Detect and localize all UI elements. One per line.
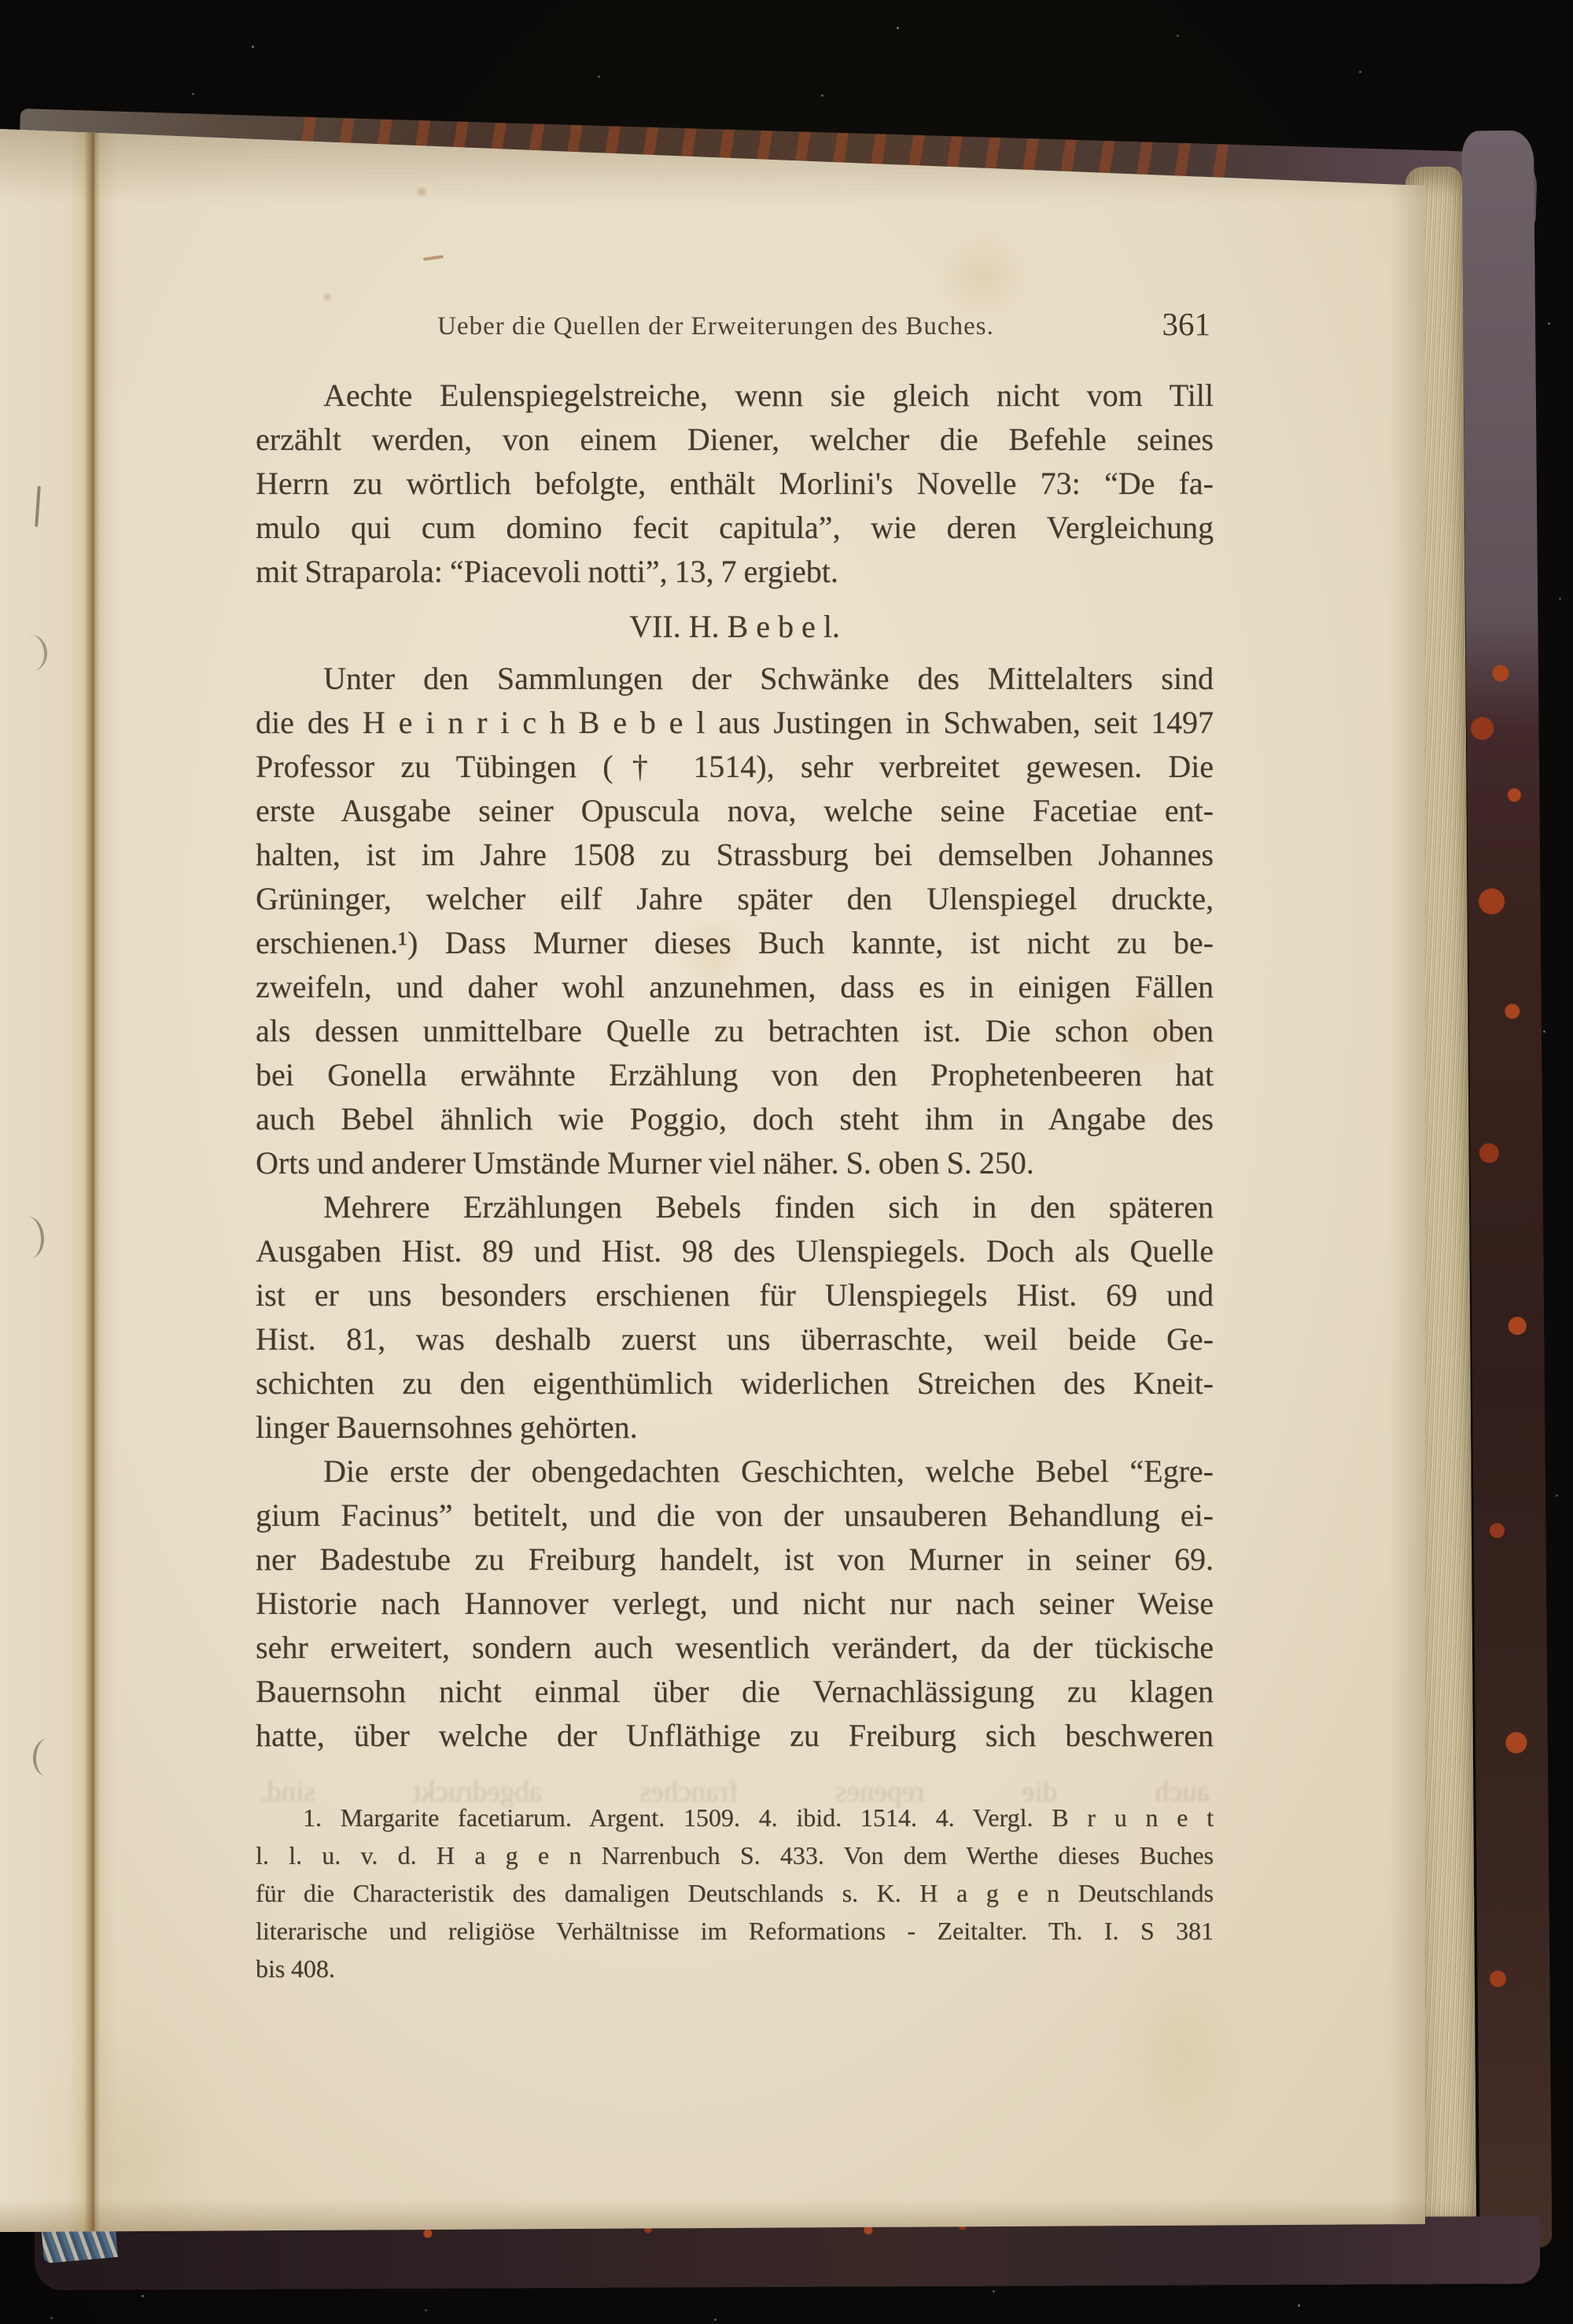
footnote-line: literarische und religiöse Verhältnisse … — [256, 1912, 1214, 1950]
text-line: Unter den Sammlungen der Schwänke des Mi… — [256, 657, 1214, 701]
dust-specks — [0, 0, 2, 2]
paragraph: Die erste der obengedachten Geschichten,… — [256, 1449, 1214, 1758]
text-line: bei Gonella erwähnte Erzählung von den P… — [256, 1053, 1214, 1097]
book-cover-right — [1461, 131, 1552, 2248]
margin-mark — [27, 1215, 46, 1258]
footnote-line: 1. Margarite facetiarum. Argent. 1509. 4… — [256, 1799, 1214, 1836]
margin-mark — [30, 633, 50, 671]
text-line: erschienen.¹) Dass Murner dieses Buch ka… — [256, 921, 1214, 965]
text-column: Aechte Eulenspiegelstreiche, wenn sie gl… — [256, 374, 1214, 1987]
gutter-crease — [85, 118, 101, 2235]
paragraph: Unter den Sammlungen der Schwänke des Mi… — [256, 657, 1214, 1185]
text-line: Mehrere Erzählungen Bebels finden sich i… — [256, 1185, 1214, 1229]
text-line: sehr erweitert, sondern auch wesentlich … — [256, 1626, 1214, 1670]
paragraph: Mehrere Erzählungen Bebels finden sich i… — [256, 1185, 1214, 1449]
footnote: 1. Margarite facetiarum. Argent. 1509. 4… — [256, 1799, 1214, 1987]
text-line: Historie nach Hannover verlegt, und nich… — [256, 1582, 1214, 1626]
text-line: linger Bauernsohnes gehörten. — [256, 1405, 1214, 1449]
text-line: Hist. 81, was deshalb zuerst uns überras… — [256, 1317, 1214, 1361]
page-number: 361 — [1162, 306, 1211, 342]
footnote-line: für die Characteristik des damaligen Deu… — [256, 1874, 1214, 1912]
text-line: erste Ausgabe seiner Opuscula nova, welc… — [256, 789, 1214, 833]
text-line: auch Bebel ähnlich wie Poggio, doch steh… — [256, 1097, 1214, 1141]
book-page: Ueber die Quellen der Erweiterungen des … — [0, 118, 1425, 2235]
text-line: ner Badestube zu Freiburg handelt, ist v… — [256, 1538, 1214, 1582]
margin-mark — [32, 1738, 48, 1777]
text-line: mit Straparola: “Piacevoli notti”, 13, 7… — [256, 550, 1214, 594]
photo-background: Ueber die Quellen der Erweiterungen des … — [0, 0, 1573, 2324]
page-header: Ueber die Quellen der Erweiterungen des … — [256, 308, 1214, 344]
text-line: Bauernsohn nicht einmal über die Vernach… — [256, 1670, 1214, 1714]
text-line: zweifeln, und daher wohl anzunehmen, das… — [256, 965, 1214, 1009]
text-line: Grüninger, welcher eilf Jahre später den… — [256, 877, 1214, 921]
text-line: gium Facinus” betitelt, und die von der … — [256, 1493, 1214, 1538]
running-title: Ueber die Quellen der Erweiterungen des … — [237, 308, 1195, 344]
section-heading: VII. H. B e b e l. — [256, 605, 1214, 649]
margin-mark — [35, 486, 41, 527]
text-line: halten, ist im Jahre 1508 zu Strassburg … — [256, 833, 1214, 877]
text-line: Orts und anderer Umstände Murner viel nä… — [256, 1141, 1214, 1185]
text-line: als dessen unmittelbare Quelle zu betrac… — [256, 1009, 1214, 1053]
text-line: mulo qui cum domino fecit capitula”, wie… — [256, 506, 1214, 550]
text-line: erzählt werden, von einem Diener, welche… — [256, 418, 1214, 462]
text-line: Die erste der obengedachten Geschichten,… — [256, 1449, 1214, 1493]
footnote-line: l. l. u. v. d. H a g e n Narrenbuch S. 4… — [256, 1836, 1214, 1874]
text-line: die des H e i n r i c h B e b e l aus Ju… — [256, 701, 1214, 745]
text-line: ist er uns besonders erschienen für Ulen… — [256, 1273, 1214, 1317]
text-line: hatte, über welche der Unfläthige zu Fre… — [256, 1714, 1214, 1758]
text-line: Herrn zu wörtlich befolgte, enthält Morl… — [256, 462, 1214, 506]
text-line: schichten zu den eigenthümlich widerlich… — [256, 1361, 1214, 1405]
paragraph: Aechte Eulenspiegelstreiche, wenn sie gl… — [256, 374, 1214, 594]
footnote-line: bis 408. — [256, 1950, 1214, 1987]
text-line: Aechte Eulenspiegelstreiche, wenn sie gl… — [256, 374, 1214, 418]
ink-squiggle-stain — [423, 255, 444, 261]
text-line: Professor zu Tübingen († 1514), sehr ver… — [256, 745, 1214, 789]
text-line: Ausgaben Hist. 89 und Hist. 98 des Ulens… — [256, 1229, 1214, 1273]
